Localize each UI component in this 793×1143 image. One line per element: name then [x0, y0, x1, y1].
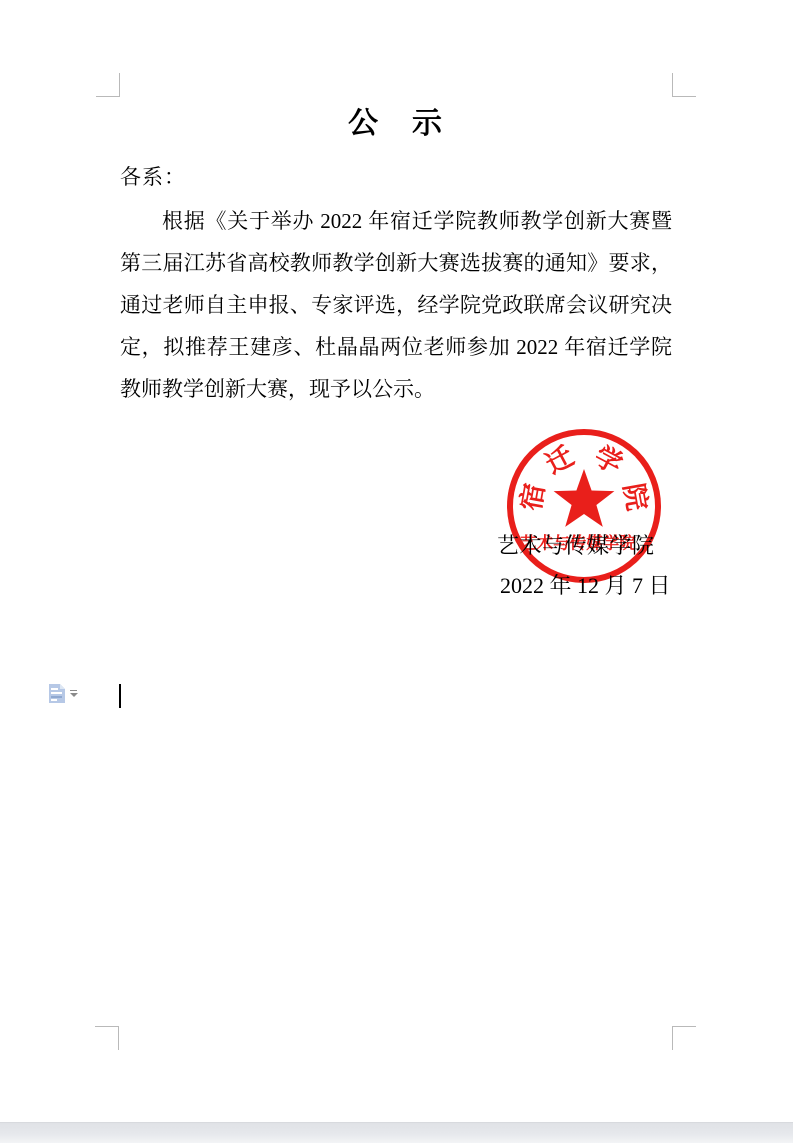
seal-arc-char: 院 — [618, 481, 652, 513]
margin-crop-mark-top-right — [672, 73, 696, 97]
margin-crop-mark-bottom-left — [95, 1026, 119, 1050]
star-icon — [554, 469, 615, 527]
margin-crop-mark-top-left — [96, 73, 120, 97]
paste-options-icon — [48, 683, 66, 704]
body-line: 通过老师自主申报、专家评选，经学院党政联席会议研究决 — [120, 284, 672, 326]
document-page: 公 示 各系： 根据《关于举办 2022 年宿迁学院教师教学创新大赛暨 第三届江… — [0, 0, 793, 1143]
body-line: 教师教学创新大赛，现予以公示。 — [120, 368, 672, 410]
seal-arc-char: 学 — [589, 441, 627, 480]
body-paragraph: 根据《关于举办 2022 年宿迁学院教师教学创新大赛暨 第三届江苏省高校教师教学… — [120, 200, 672, 410]
page-title: 公 示 — [120, 98, 672, 142]
margin-crop-mark-bottom-right — [672, 1026, 696, 1050]
seal-arc-char: 迁 — [541, 441, 579, 480]
official-seal: 宿 迁 学 院 艺术与传媒学院 — [499, 421, 669, 591]
body-line: 根据《关于举办 2022 年宿迁学院教师教学创新大赛暨 — [120, 200, 672, 242]
body-line: 定，拟推荐王建彦、杜晶晶两位老师参加 2022 年宿迁学院 — [120, 326, 672, 368]
seal-band-text: 艺术与传媒学院 — [520, 533, 636, 553]
paste-options-button[interactable] — [48, 681, 82, 707]
salutation-text: 各系： — [120, 161, 186, 191]
text-cursor-caret — [119, 684, 121, 708]
chevron-down-icon[interactable] — [69, 690, 78, 698]
status-bar-edge — [0, 1122, 793, 1143]
seal-arc-char: 宿 — [516, 481, 550, 513]
body-line: 第三届江苏省高校教师教学创新大赛选拔赛的通知》要求， — [120, 242, 672, 284]
